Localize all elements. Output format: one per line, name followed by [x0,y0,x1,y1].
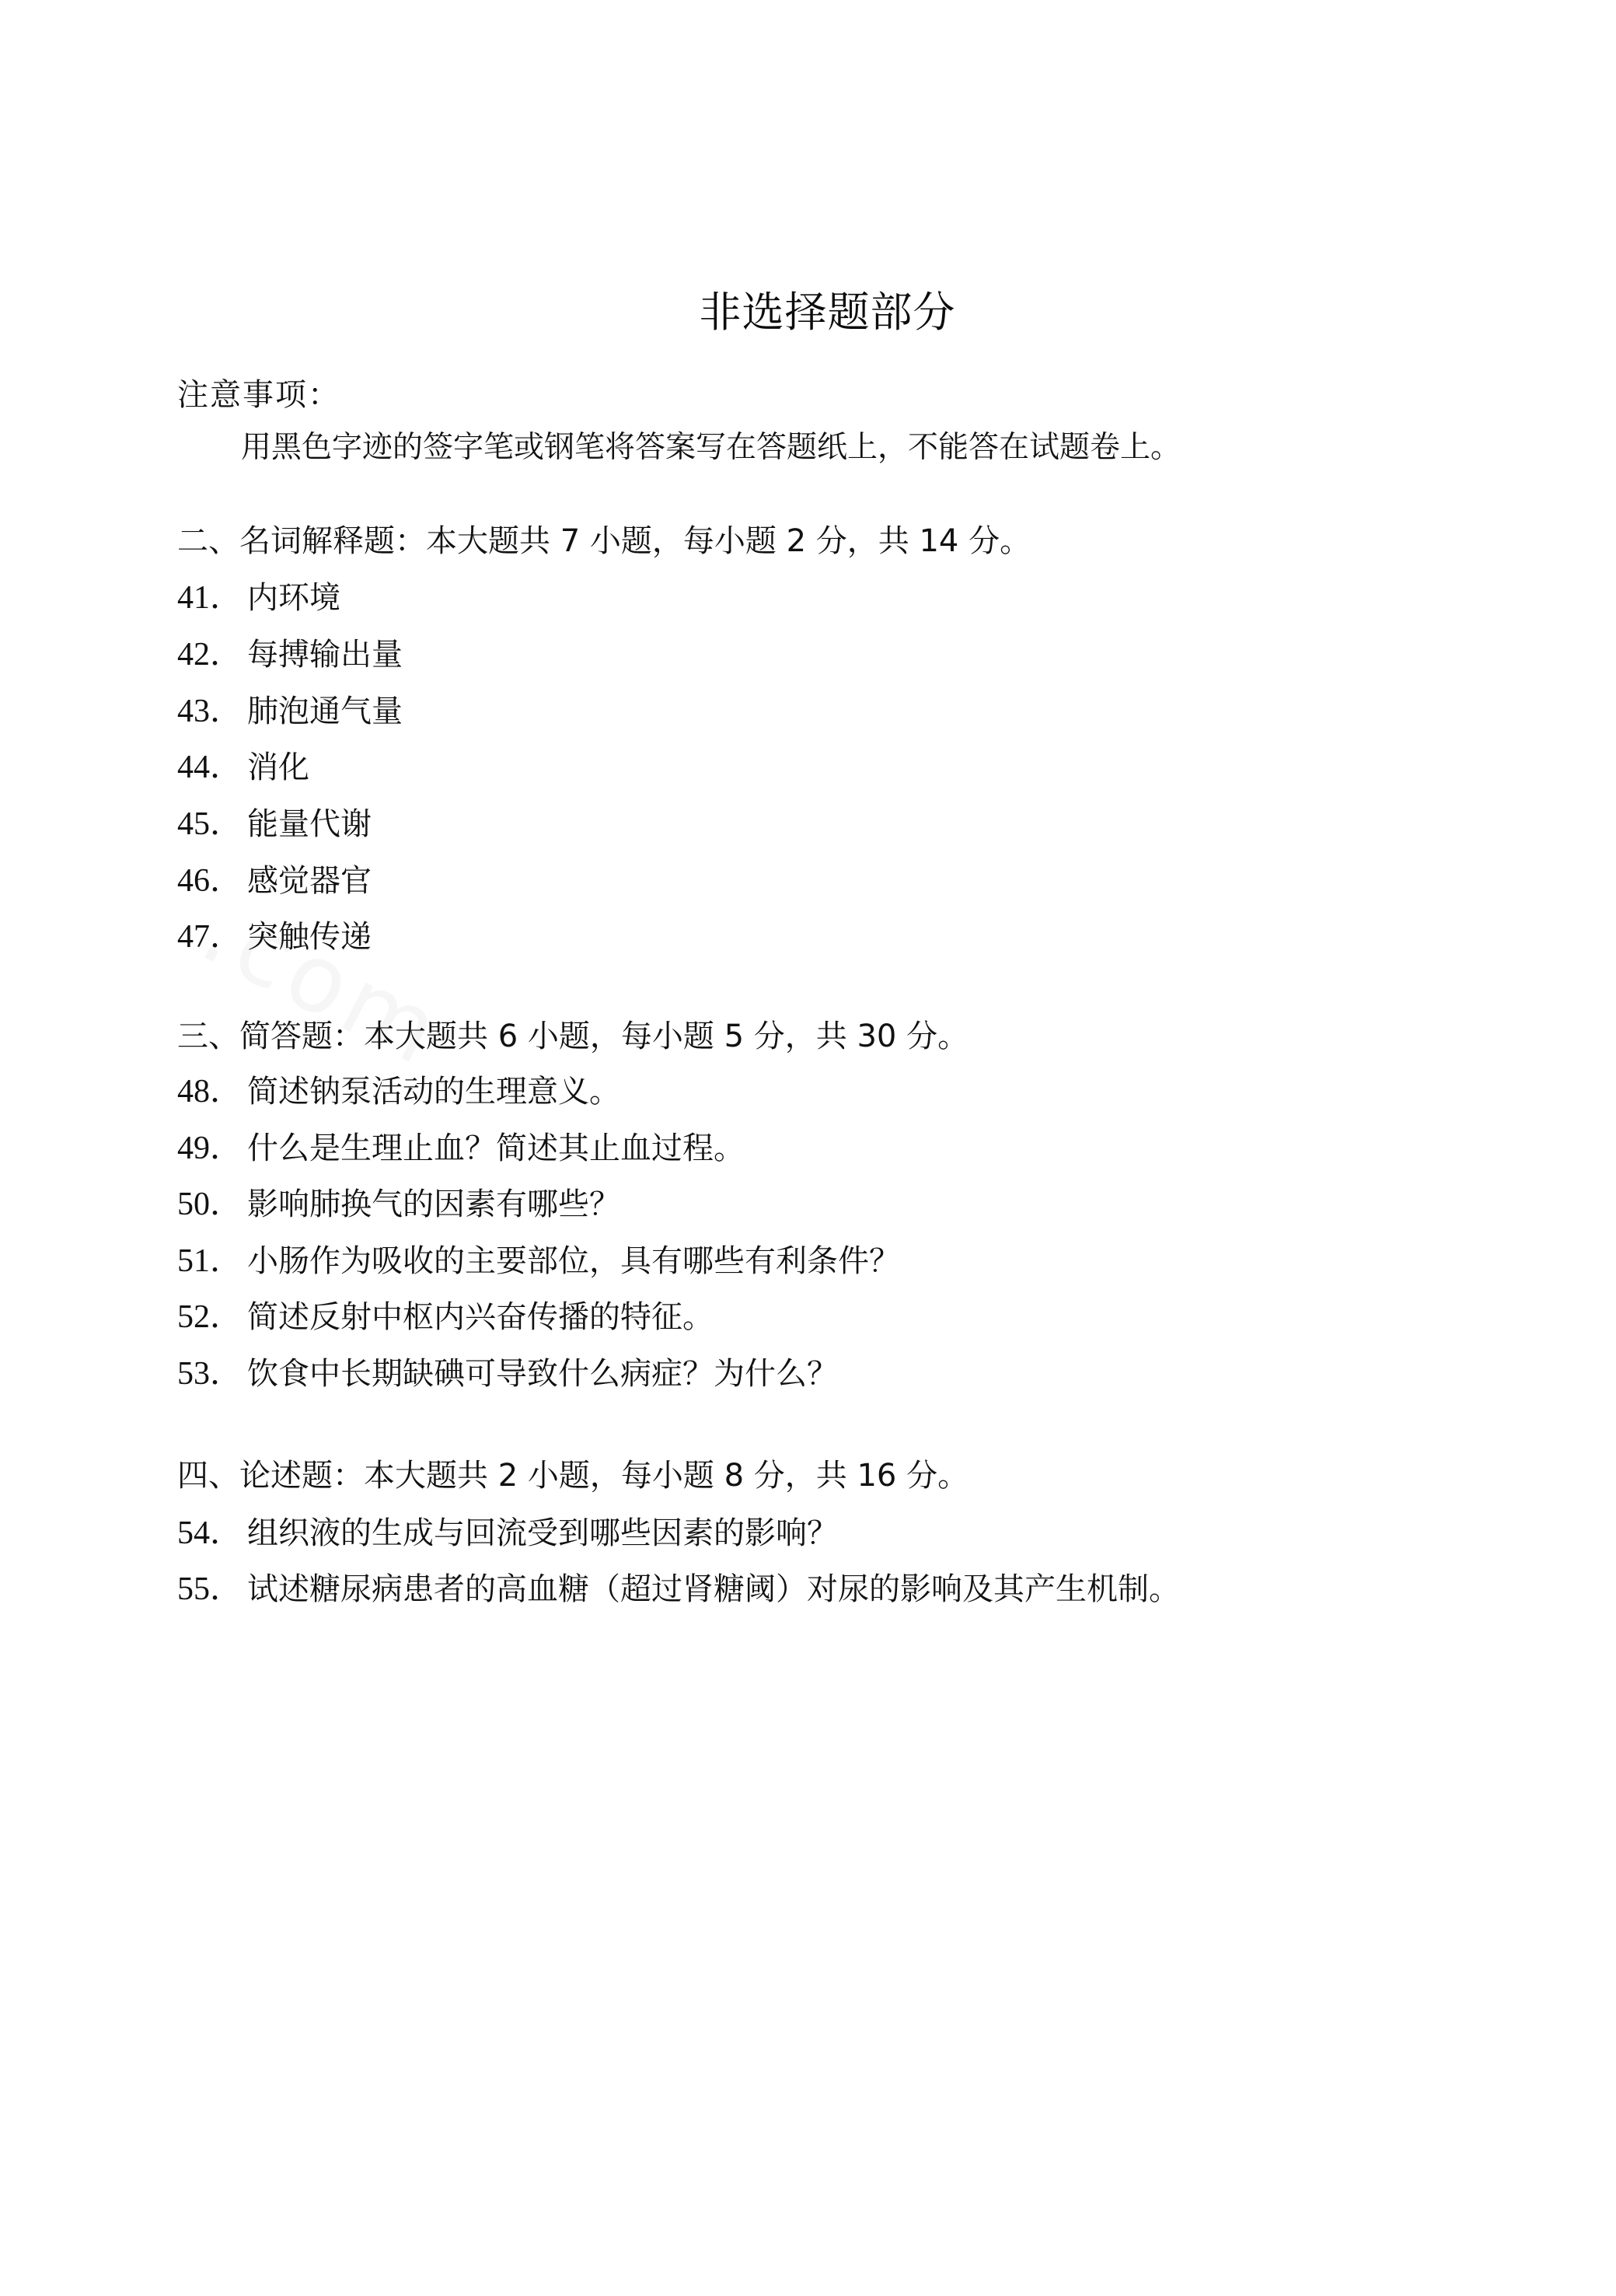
question-item: 46．感觉器官 [177,862,372,900]
question-text: 肺泡通气量 [247,694,403,729]
question-item: 44．消化 [177,749,309,786]
question-text: 饮食中长期缺碘可导致什么病症？为什么？ [247,1356,838,1392]
question-text: 能量代谢 [247,806,372,842]
question-text: 试述糖尿病患者的高血糖（超过肾糖阈）对尿的影响及其产生机制。 [247,1571,1180,1607]
section-header-term-definitions: 二、名词解释题：本大题共 7 小题，每小题 2 分，共 14 分。 [177,522,1031,560]
question-number: 53． [177,1355,247,1393]
question-number: 51． [177,1242,247,1280]
question-item: 54．组织液的生成与回流受到哪些因素的影响？ [177,1515,838,1552]
question-item: 47．突触传递 [177,918,372,956]
question-text: 内环境 [247,580,340,616]
question-number: 43． [177,693,247,730]
question-number: 52． [177,1298,247,1336]
question-number: 54． [177,1515,247,1552]
question-number: 55． [177,1571,247,1608]
exam-page: .com 非选择题部分 注意事项： 用黑色字迹的签字笔或钢笔将答案写在答题纸上，… [0,0,1616,2296]
question-text: 什么是生理止血？简述其止血过程。 [247,1131,745,1166]
question-item: 45．能量代谢 [177,806,372,843]
question-item: 48．简述钠泵活动的生理意义。 [177,1073,620,1110]
question-item: 52．简述反射中枢内兴奋传播的特征。 [177,1298,714,1336]
page-title: 非选择题部分 [0,288,1616,337]
question-item: 41．内环境 [177,579,340,617]
question-number: 41． [177,579,247,617]
question-text: 每搏输出量 [247,637,403,673]
question-text: 组织液的生成与回流受到哪些因素的影响？ [247,1515,838,1551]
question-number: 49． [177,1130,247,1167]
question-item: 43．肺泡通气量 [177,693,403,730]
question-text: 小肠作为吸收的主要部位，具有哪些有利条件？ [247,1243,900,1279]
question-number: 42． [177,636,247,673]
question-text: 影响肺换气的因素有哪些？ [247,1186,620,1222]
question-item: 49．什么是生理止血？简述其止血过程。 [177,1130,745,1167]
question-text: 消化 [247,750,309,785]
question-item: 53．饮食中长期缺碘可导致什么病症？为什么？ [177,1355,838,1393]
question-text: 简述反射中枢内兴奋传播的特征。 [247,1299,714,1335]
question-number: 47． [177,918,247,956]
question-number: 48． [177,1073,247,1110]
question-text: 感觉器官 [247,863,372,899]
question-item: 55．试述糖尿病患者的高血糖（超过肾糖阈）对尿的影响及其产生机制。 [177,1571,1180,1608]
question-item: 51．小肠作为吸收的主要部位，具有哪些有利条件？ [177,1242,900,1280]
section-header-essay: 四、论述题：本大题共 2 小题，每小题 8 分，共 16 分。 [177,1457,969,1494]
notice-label: 注意事项： [177,376,340,414]
question-number: 45． [177,806,247,843]
question-text: 突触传递 [247,919,372,955]
section-header-short-answer: 三、简答题：本大题共 6 小题，每小题 5 分，共 30 分。 [177,1018,969,1055]
question-item: 42．每搏输出量 [177,636,403,673]
notice-text: 用黑色字迹的签字笔或钢笔将答案写在答题纸上，不能答在试题卷上。 [241,429,1181,467]
question-item: 50．影响肺换气的因素有哪些？ [177,1186,620,1223]
question-text: 简述钠泵活动的生理意义。 [247,1074,620,1110]
question-number: 50． [177,1186,247,1223]
question-number: 46． [177,862,247,900]
question-number: 44． [177,749,247,786]
